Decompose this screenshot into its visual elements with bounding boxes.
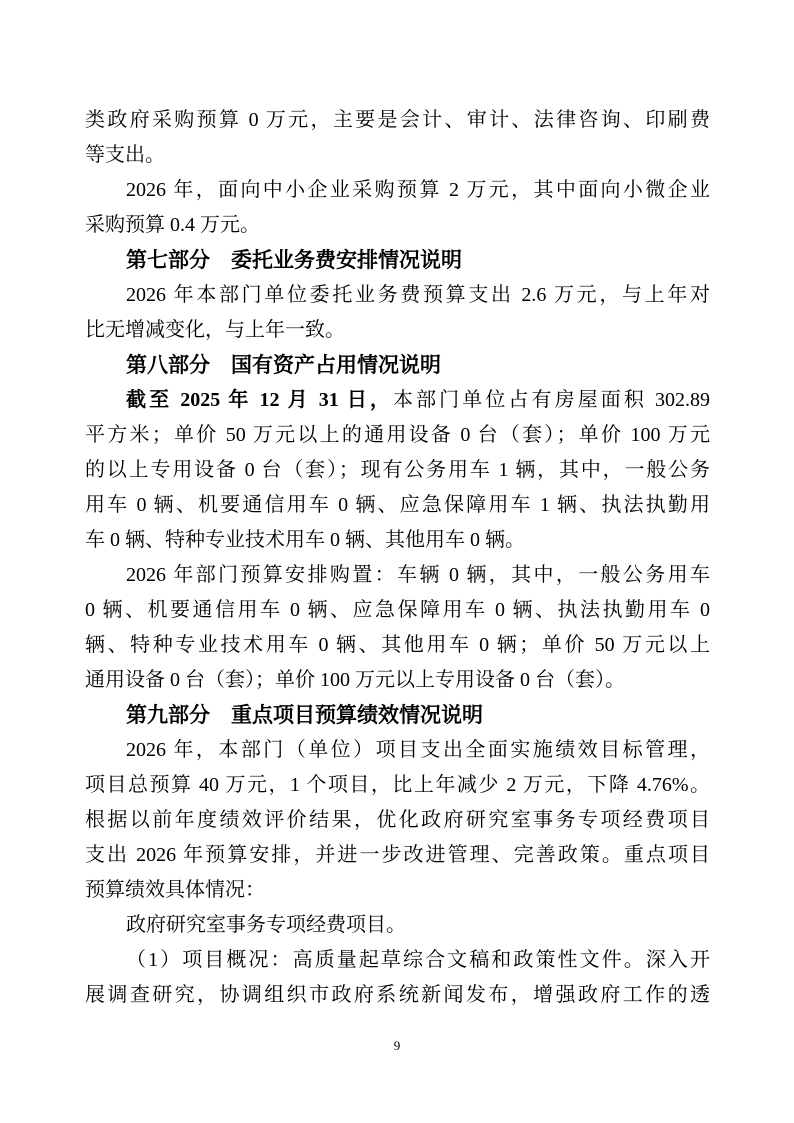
text-line: 比无增减变化，与上年一致。 (85, 313, 710, 348)
text-line: 辆、特种专业技术用车 0 辆、其他用车 0 辆；单价 50 万元以上 (85, 628, 710, 663)
bold-date-prefix: 截至 2025 年 12 月 31 日， (126, 389, 393, 411)
text-line: 车 0 辆、特种专业技术用车 0 辆、其他用车 0 辆。 (85, 523, 710, 558)
text-line: 等支出。 (85, 138, 710, 173)
text-line: 截至 2025 年 12 月 31 日，本部门单位占有房屋面积 302.89 (85, 383, 710, 418)
text-line: 采购预算 0.4 万元。 (85, 208, 710, 243)
text-line: 支出 2026 年预算安排，并进一步改进管理、完善政策。重点项目 (85, 838, 710, 873)
text-line: 展调查研究，协调组织市政府系统新闻发布，增强政府工作的透 (85, 978, 710, 1013)
text-line: 2026 年，本部门（单位）项目支出全面实施绩效目标管理， (85, 733, 710, 768)
section-heading: 第八部分 国有资产占用情况说明 (85, 348, 710, 383)
text-line: 根据以前年度绩效评价结果，优化政府研究室事务专项经费项目 (85, 803, 710, 838)
text-line: 用车 0 辆、机要通信用车 0 辆、应急保障用车 1 辆、执法执勤用 (85, 488, 710, 523)
text-line: 的以上专用设备 0 台（套）；现有公务用车 1 辆，其中，一般公务 (85, 453, 710, 488)
document-page: 类政府采购预算 0 万元，主要是会计、审计、法律咨询、印刷费等支出。2026 年… (0, 0, 794, 1123)
text-line: 项目总预算 40 万元，1 个项目，比上年减少 2 万元，下降 4.76%。 (85, 768, 710, 803)
text-line: 平方米；单价 50 万元以上的通用设备 0 台（套）；单价 100 万元 (85, 418, 710, 453)
text-line: 2026 年，面向中小企业采购预算 2 万元，其中面向小微企业 (85, 173, 710, 208)
document-body: 类政府采购预算 0 万元，主要是会计、审计、法律咨询、印刷费等支出。2026 年… (85, 103, 710, 1013)
text-line: 预算绩效具体情况： (85, 873, 710, 908)
text-line: 2026 年部门预算安排购置：车辆 0 辆，其中，一般公务用车 (85, 558, 710, 593)
text-line: 通用设备 0 台（套）；单价 100 万元以上专用设备 0 台（套）。 (85, 663, 710, 698)
text-line: 类政府采购预算 0 万元，主要是会计、审计、法律咨询、印刷费 (85, 103, 710, 138)
section-heading: 第七部分 委托业务费安排情况说明 (85, 243, 710, 278)
page-footer: 9 (0, 1037, 794, 1055)
text-line: 0 辆、机要通信用车 0 辆、应急保障用车 0 辆、执法执勤用车 0 (85, 593, 710, 628)
section-heading: 第九部分 重点项目预算绩效情况说明 (85, 698, 710, 733)
text-line: 2026 年本部门单位委托业务费预算支出 2.6 万元，与上年对 (85, 278, 710, 313)
text-line: 政府研究室事务专项经费项目。 (85, 908, 710, 943)
page-number: 9 (394, 1038, 401, 1053)
text-line: （1）项目概况：高质量起草综合文稿和政策性文件。深入开 (85, 943, 710, 978)
